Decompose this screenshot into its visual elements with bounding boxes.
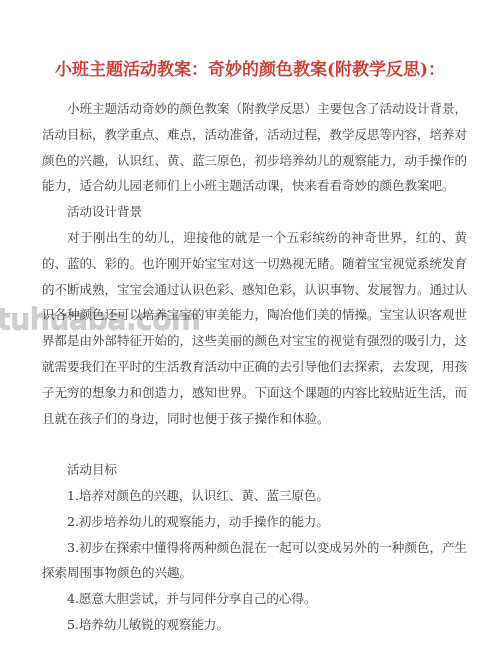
blank-line	[42, 431, 467, 457]
section-heading-goals: 活动目标	[42, 457, 467, 483]
document-title: 小班主题活动教案：奇妙的颜色教案(附教学反思)：	[30, 57, 470, 83]
goal-item-1: 1.培养对颜色的兴趣，认识红、黄、蓝三原色。	[42, 483, 467, 509]
paragraph-design-background: 对于刚出生的幼儿，迎接他的就是一个五彩缤纷的神奇世界，红的、黄的、蓝的、彩的。也…	[42, 225, 467, 431]
paragraph-intro: 小班主题活动奇妙的颜色教案（附教学反思）主要包含了活动设计背景，活动目标，教学重…	[42, 96, 467, 199]
document-body: 小班主题活动奇妙的颜色教案（附教学反思）主要包含了活动设计背景，活动目标，教学重…	[0, 96, 500, 638]
goal-item-5: 5.培养幼儿敏锐的观察能力。	[42, 612, 467, 638]
goal-item-2: 2.初步培养幼儿的观察能力，动手操作的能力。	[42, 509, 467, 535]
section-heading-design-background: 活动设计背景	[42, 199, 467, 225]
document-page: 小班主题活动教案：奇妙的颜色教案(附教学反思)： 小班主题活动奇妙的颜色教案（附…	[0, 0, 500, 647]
goal-item-4: 4.愿意大胆尝试，并与同伴分享自己的心得。	[42, 586, 467, 612]
goal-item-3: 3.初步在探索中懂得将两种颜色混在一起可以变成另外的一种颜色，产生探索周围事物颜…	[42, 535, 467, 587]
